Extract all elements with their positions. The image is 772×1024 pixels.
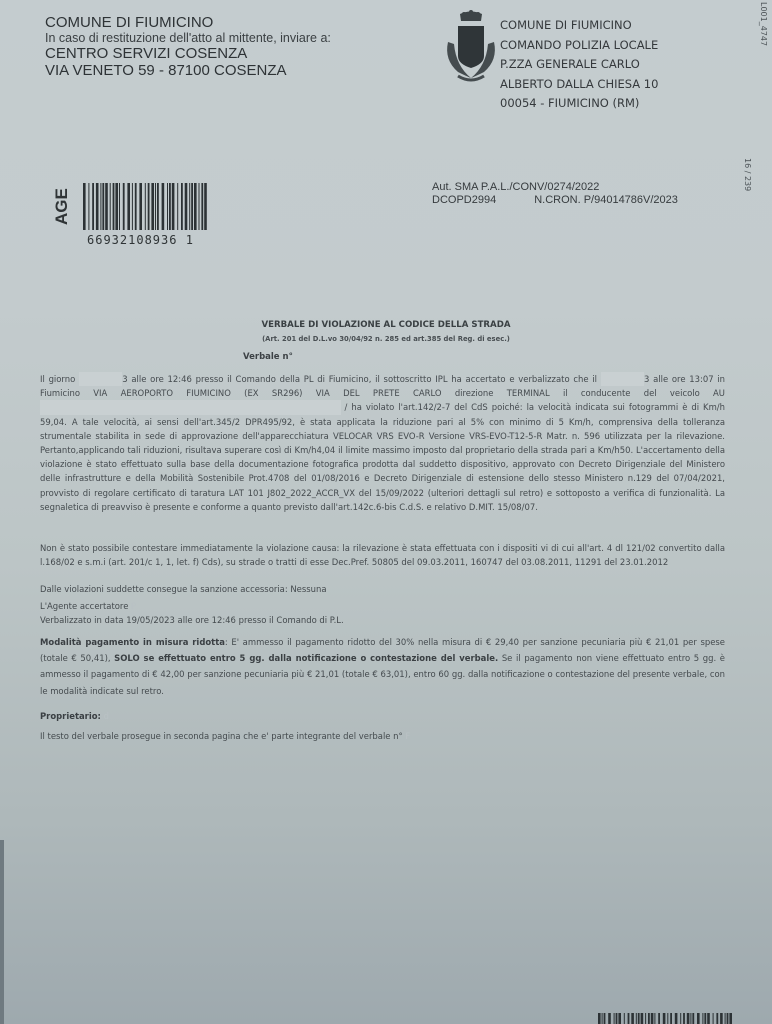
- continuation-text: Il testo del verbale prosegue in seconda…: [40, 731, 405, 741]
- agent-label: L'Agente accertatore: [40, 601, 131, 611]
- sender-line-3: CENTRO SERVIZI COSENZA: [45, 45, 331, 62]
- owner-line: Proprietario: d: [40, 709, 725, 723]
- cron-number: N.CRON. P/94014786V/2023: [534, 194, 678, 206]
- continuation-line: Il testo del verbale prosegue in seconda…: [40, 729, 725, 743]
- barcode-label: AGE: [52, 188, 72, 225]
- side-code-top: L001_4747: [759, 2, 768, 46]
- sender-line-4: VIA VENETO 59 - 87100 COSENZA: [45, 62, 331, 79]
- barcode-number: 66932108936 1: [87, 233, 194, 247]
- recipient-line: ALBERTO DALLA CHIESA 10: [500, 75, 658, 95]
- authorization-block: Aut. SMA P.A.L./CONV/0274/2022 DCOPD2994…: [432, 181, 678, 207]
- redacted-date: 00/00/202: [601, 372, 644, 386]
- bottom-barcode: [598, 1013, 733, 1024]
- owner-value: d: [104, 711, 109, 721]
- sender-line-1: COMUNE DI FIUMICINO: [45, 14, 331, 31]
- violation-paragraph: Il giorno 00/00/2023 alle ore 12:46 pres…: [40, 372, 725, 514]
- text-fragment: / ha violato l'art.142/2-7 del CdS poich…: [40, 402, 725, 511]
- recipient-line: P.ZZA GENERALE CARLO: [500, 55, 658, 75]
- payment-heading: Modalità pagamento in misura ridotta: [40, 637, 225, 647]
- recipient-line: COMANDO POLIZIA LOCALE: [500, 36, 658, 56]
- recipient-line: 00054 - FIUMICINO (RM): [500, 94, 658, 114]
- document-title: VERBALE DI VIOLAZIONE AL CODICE DELLA ST…: [0, 320, 772, 330]
- text-fragment: 3 alle ore 12:46 presso il Comando della…: [122, 374, 600, 384]
- redacted-date: 00/00/202: [79, 372, 122, 386]
- document-page: COMUNE DI FIUMICINO In caso di restituzi…: [0, 0, 772, 1024]
- barcode-image: [83, 183, 208, 230]
- payment-paragraph: Modalità pagamento in misura ridotta: E'…: [40, 634, 725, 699]
- coat-of-arms-icon: [440, 10, 502, 84]
- verbalized-date: Verbalizzato in data 19/05/2023 alle ore…: [40, 613, 725, 627]
- verbale-number-label: Verbale n°: [243, 352, 293, 362]
- owner-label: Proprietario:: [40, 711, 101, 721]
- page-edge-shadow: [0, 840, 4, 1024]
- recipient-block: COMUNE DI FIUMICINO COMANDO POLIZIA LOCA…: [500, 16, 658, 114]
- sender-block: COMUNE DI FIUMICINO In caso di restituzi…: [45, 14, 331, 79]
- payment-deadline: SOLO se effettuato entro 5 gg. dalla not…: [114, 653, 498, 663]
- text-fragment: Il giorno: [40, 374, 79, 384]
- continuation-value: F: [405, 731, 410, 741]
- document-subtitle: (Art. 201 del D.L.vo 30/04/92 n. 285 ed …: [0, 335, 772, 343]
- agent-block: L'Agente accertatore P Verbalizzato in d…: [40, 599, 725, 627]
- agent-value: P: [131, 601, 136, 611]
- authorization-line: Aut. SMA P.A.L./CONV/0274/2022: [432, 181, 678, 194]
- contest-paragraph: Non è stato possibile contestare immedia…: [40, 541, 725, 569]
- recipient-line: COMUNE DI FIUMICINO: [500, 16, 658, 36]
- side-code-middle: 16 / 239: [743, 158, 752, 191]
- authorization-code: DCOPD2994: [432, 194, 496, 206]
- sender-line-2: In caso di restituzione dell'atto al mit…: [45, 31, 331, 45]
- accessory-sanction: Dalle violazioni suddette consegue la sa…: [40, 582, 725, 596]
- redacted-plate: XXXXXXXXXXXXXXXXXXXXXXXXXXXXXXXXXXXXXXXX…: [40, 400, 341, 414]
